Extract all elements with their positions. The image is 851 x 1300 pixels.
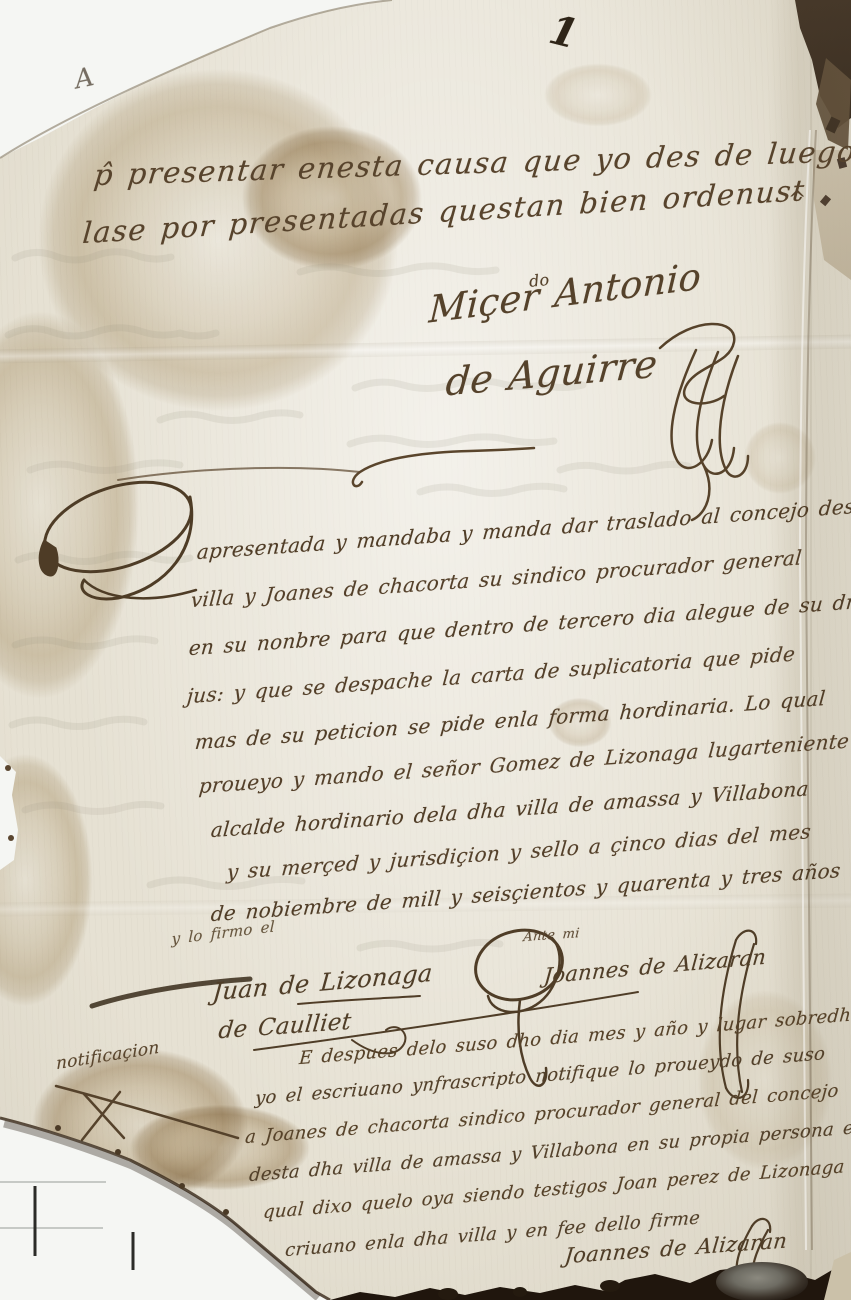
abbreviation-caret: ^ (788, 188, 807, 213)
notch-speck (8, 835, 14, 841)
corner-mark: A (72, 62, 97, 95)
manuscript-scan: 1 A p̂ presentar enesta causa que yo des… (0, 0, 851, 1300)
backing-ruled-lines (0, 1182, 133, 1270)
